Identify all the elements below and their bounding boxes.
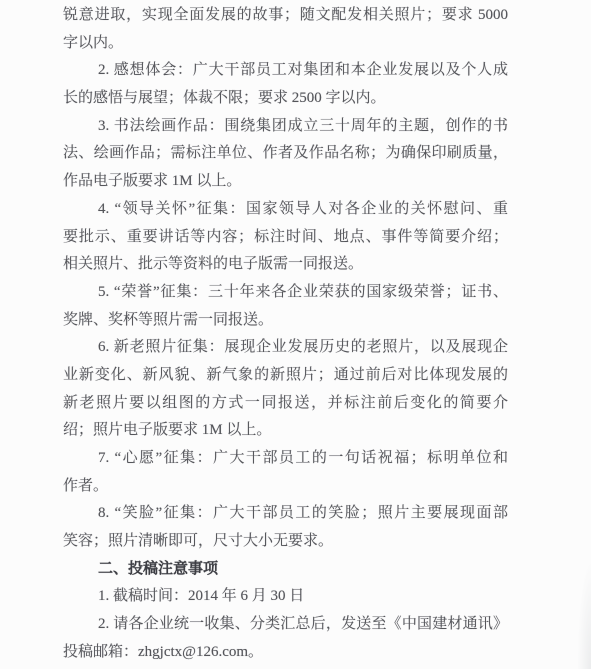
doc-line-4: 长的感悟与展望；体裁不限；要求 2500 字以内。 xyxy=(63,85,508,113)
doc-line-7: 作品电子版要求 1M 以上。 xyxy=(63,168,508,196)
doc-line-13-item-6-photos: 6. 新老照片征集：展现企业发展历史的老照片，以及展现企 xyxy=(63,334,508,362)
doc-line-18: 作者。 xyxy=(63,473,508,501)
section-heading-submission-notes: 二、投稿注意事项 xyxy=(63,556,508,584)
doc-line-5-item-3-calligraphy: 3. 书法绘画作品：围绕集团成立三十周年的主题，创作的书 xyxy=(63,113,508,141)
doc-line-8-item-4-leader-care: 4. “领导关怀”征集：国家领导人对各企业的关怀慰问、重 xyxy=(63,196,508,224)
doc-line-10: 相关照片、批示等资料的电子版需一同报送。 xyxy=(63,251,508,279)
doc-line-12: 奖牌、奖杯等照片需一同报送。 xyxy=(63,307,508,335)
doc-line-22-deadline: 1. 截稿时间：2014 年 6 月 30 日 xyxy=(63,583,508,611)
doc-line-20: 笑容；照片清晰即可，尺寸大小无要求。 xyxy=(63,528,508,556)
document-text-block: 锐意进取，实现全面发展的故事；随文配发相关照片；要求 5000 字以内。 2. … xyxy=(63,2,508,667)
doc-line-1: 锐意进取，实现全面发展的故事；随文配发相关照片；要求 5000 xyxy=(63,2,508,30)
doc-line-9: 要批示、重要讲话等内容；标注时间、地点、事件等简要介绍； xyxy=(63,224,508,252)
doc-line-17-item-7-wishes: 7. “心愿”征集：广大干部员工的一句话祝福；标明单位和 xyxy=(63,445,508,473)
doc-line-3-item-2-thoughts: 2. 感想体会：广大干部员工对集团和本企业发展以及个人成 xyxy=(63,57,508,85)
doc-line-6: 法、绘画作品；需标注单位、作者及作品名称；为确保印刷质量， xyxy=(63,140,508,168)
doc-line-14: 业新变化、新风貌、新气象的新照片；通过前后对比体现发展的 xyxy=(63,362,508,390)
doc-line-15: 新老照片要以组图的方式一同报送，并标注前后变化的简要介 xyxy=(63,390,508,418)
doc-line-23-submission: 2. 请各企业统一收集、分类汇总后，发送至《中国建材通讯》 xyxy=(63,611,508,639)
scanned-document-page: 锐意进取，实现全面发展的故事；随文配发相关照片；要求 5000 字以内。 2. … xyxy=(0,0,591,669)
doc-line-16: 绍；照片电子版要求 1M 以上。 xyxy=(63,417,508,445)
doc-line-24-email: 投稿邮箱：zhgjctx@126.com。 xyxy=(63,639,508,667)
scan-edge-artifact xyxy=(577,559,591,669)
doc-line-11-item-5-honors: 5. “荣誉”征集：三十年来各企业荣获的国家级荣誉；证书、 xyxy=(63,279,508,307)
doc-line-2: 字以内。 xyxy=(63,30,508,58)
doc-line-19-item-8-smiles: 8. “笑脸”征集：广大干部员工的笑脸；照片主要展现面部 xyxy=(63,500,508,528)
